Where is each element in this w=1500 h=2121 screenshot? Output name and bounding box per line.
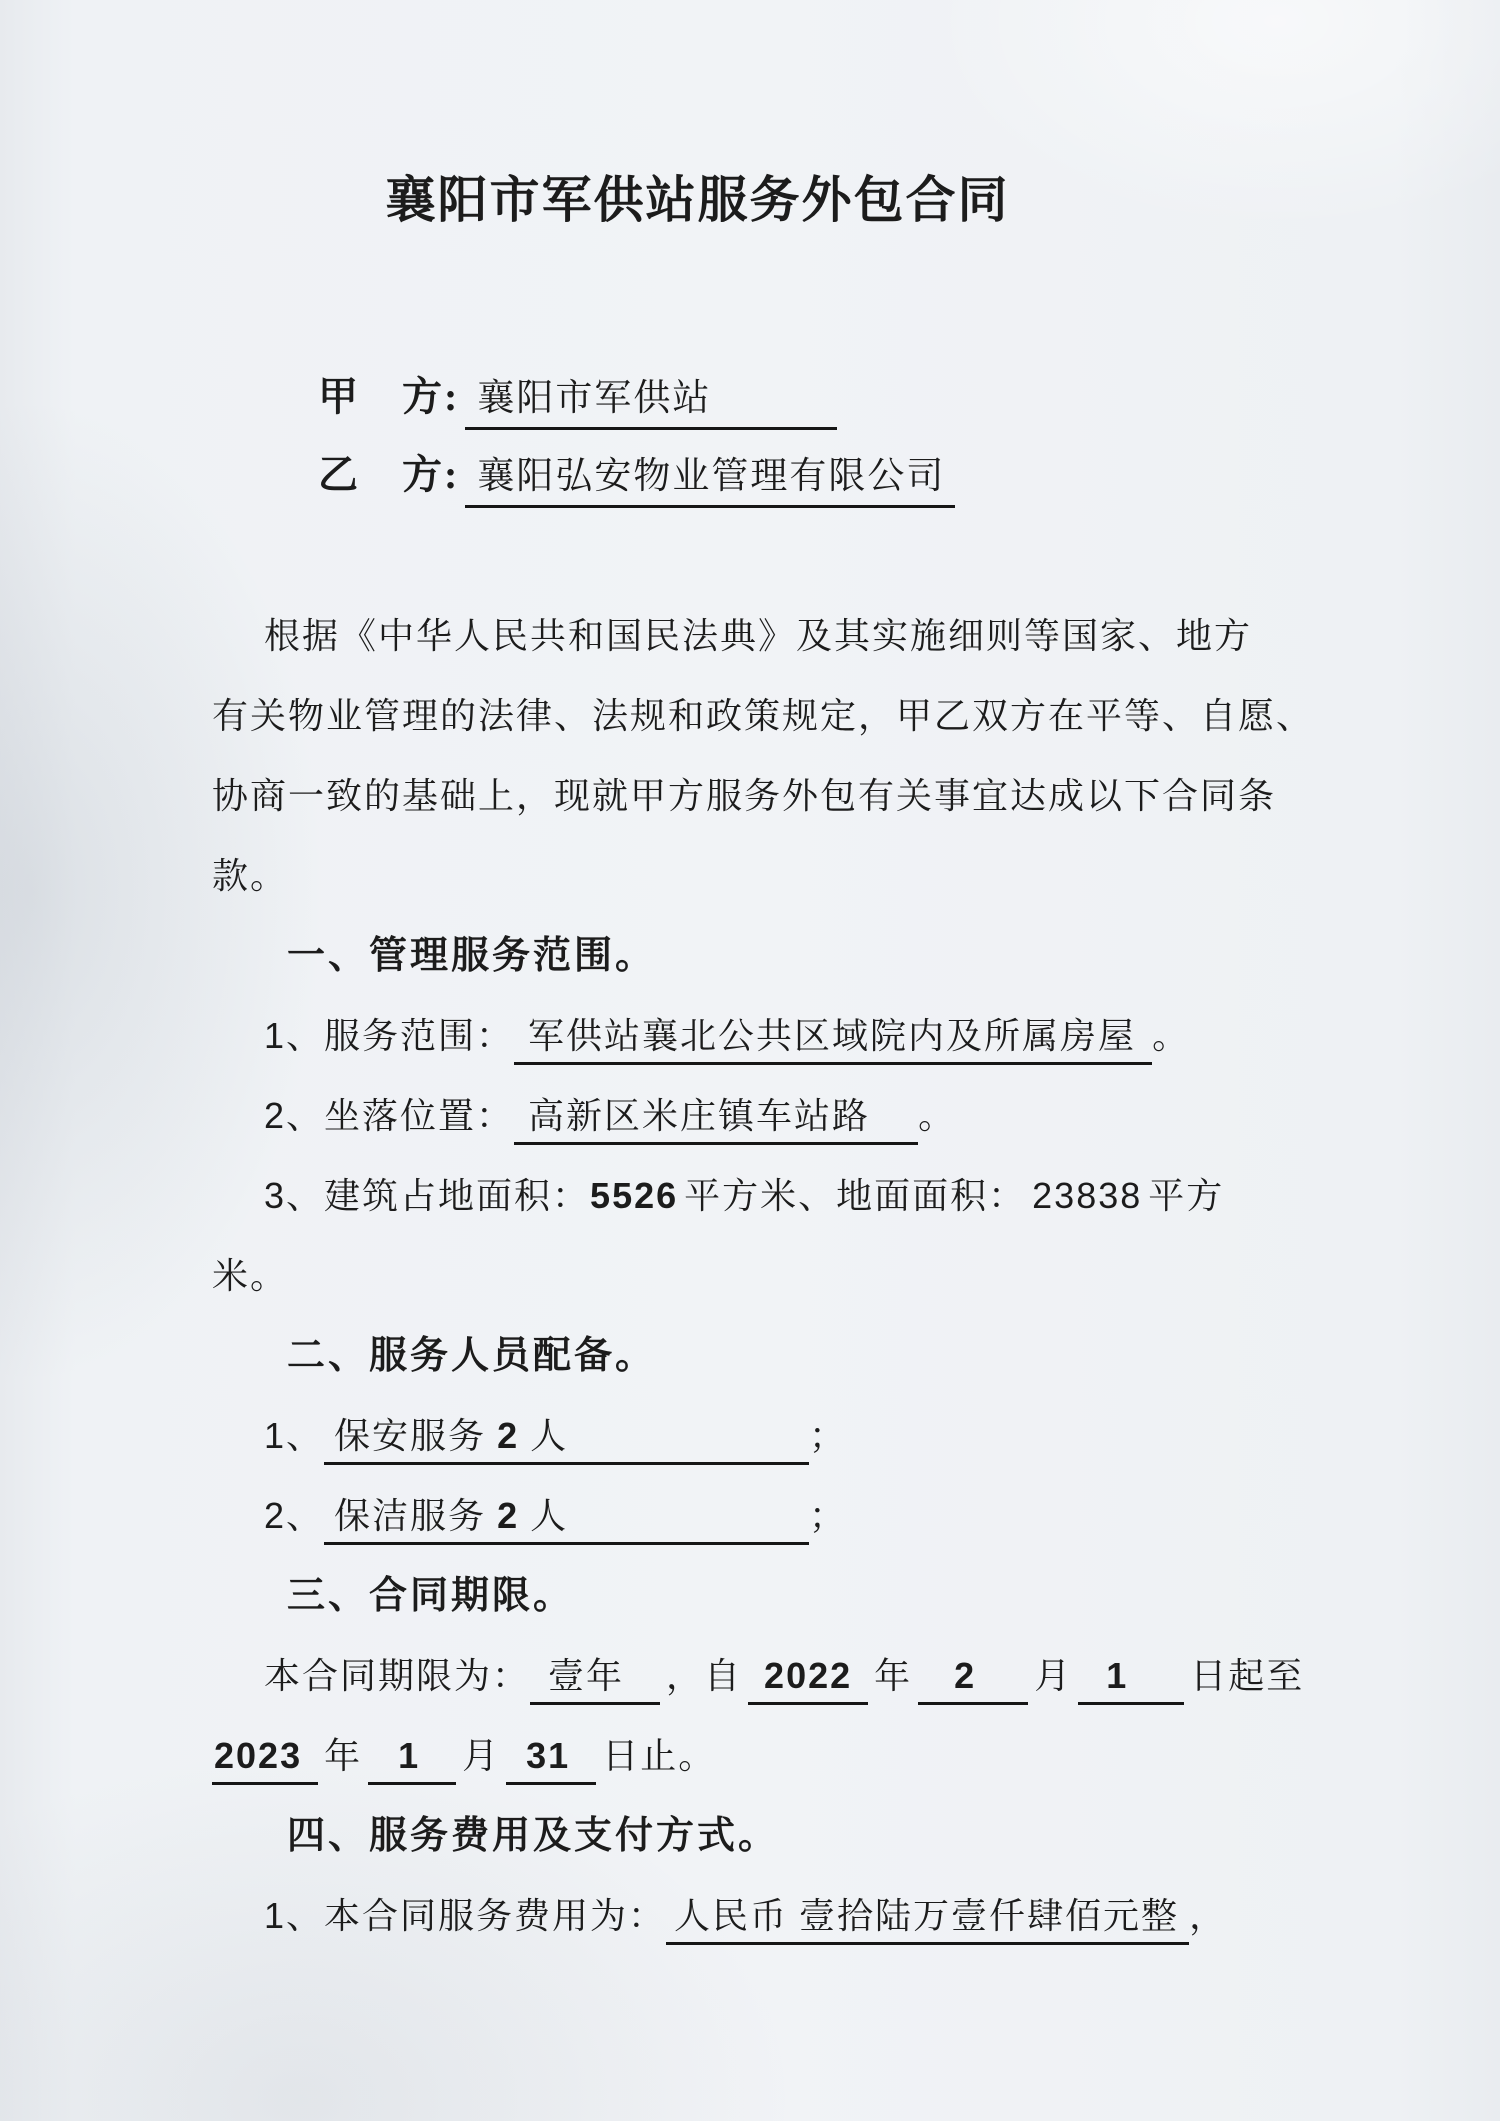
preamble-line-1: 根据《中华人民共和国民法典》及其实施细则等国家、地方: [212, 596, 1297, 676]
staff-item-2-semicolon: ；: [809, 1496, 847, 1536]
contract-document-page: { "title": "襄阳市军供站服务外包合同", "parties": { …: [0, 0, 1500, 2121]
staff-item-2-sep: 、: [286, 1496, 324, 1536]
fee-item-1-number: 1: [264, 1895, 286, 1936]
party-b-label: 乙 方:: [318, 452, 459, 497]
staff-item-1-unit: 人: [519, 1416, 568, 1456]
section-2-heading: 二、服务人员配备。: [212, 1316, 1297, 1396]
scope-item-3-wrap: 米。: [212, 1236, 1297, 1316]
scope-item-2-label: 、坐落位置：: [286, 1096, 514, 1136]
preamble-line-2: 有关物业管理的法律、法规和政策规定，甲乙双方在平等、自愿、: [212, 676, 1297, 756]
scope-item-3-mid: 平方米、地面面积：: [678, 1176, 1032, 1216]
party-a-label: 甲 方:: [318, 374, 459, 419]
party-a-line: 甲 方:襄阳市军供站: [212, 358, 1500, 436]
term-line-1: 本合同期限为：壹年，自2022年2月1日起至: [212, 1636, 1297, 1716]
staff-item-1-service: 保安服务: [334, 1416, 497, 1456]
scope-item-2-number: 2: [264, 1095, 286, 1136]
party-b-line: 乙 方:襄阳弘安物业管理有限公司: [212, 436, 1500, 514]
start-day-fill: 1: [1078, 1653, 1184, 1705]
party-a-value: 襄阳市军供站: [465, 375, 837, 430]
section-1-heading: 一、管理服务范围。: [212, 916, 1297, 996]
contract-title: 襄阳市军供站服务外包合同: [0, 0, 1500, 250]
staff-item-1-semicolon: ；: [809, 1416, 847, 1456]
staff-item-1: 1、保安服务 2 人；: [212, 1396, 1297, 1476]
preamble-line-4: 款。: [212, 836, 1297, 916]
start-year-fill: 2022: [748, 1653, 868, 1705]
scope-item-2: 2、坐落位置：高新区米庄镇车站路。: [212, 1076, 1297, 1156]
building-area-value: 5526: [590, 1175, 678, 1216]
staff-item-2-unit: 人: [519, 1496, 568, 1536]
fee-item-1-label: 、本合同服务费用为：: [286, 1896, 666, 1936]
scope-item-1-number: 1: [264, 1015, 286, 1056]
scanned-contract-page: 襄阳市军供站服务外包合同 甲 方:襄阳市军供站 乙 方:襄阳弘安物业管理有限公司…: [0, 0, 1500, 2121]
staff-item-1-fill: 保安服务 2 人: [324, 1413, 809, 1465]
term-after-duration: ，自: [660, 1656, 748, 1696]
scope-item-1-label: 、服务范围：: [286, 1016, 514, 1056]
fee-amount-fill: 人民币 壹拾陆万壹仟肆佰元整: [666, 1893, 1189, 1945]
guard-count-value: 2: [497, 1415, 519, 1456]
section-3-heading: 三、合同期限。: [212, 1556, 1297, 1636]
scope-item-3-tail: 平方: [1142, 1176, 1230, 1216]
fee-item-1: 1、本合同服务费用为：人民币 壹拾陆万壹仟肆佰元整，: [212, 1876, 1297, 1956]
term-from-tail: 日起至: [1184, 1656, 1310, 1696]
term-duration-fill: 壹年: [530, 1653, 660, 1705]
scope-item-1: 1、服务范围：军供站襄北公共区域院内及所属房屋。: [212, 996, 1297, 1076]
term-line-2: 2023年1月31日止。: [212, 1716, 1297, 1796]
start-year-unit: 年: [868, 1656, 918, 1696]
end-month-fill: 1: [368, 1733, 456, 1785]
scope-item-2-fill: 高新区米庄镇车站路: [514, 1093, 918, 1145]
start-month-unit: 月: [1028, 1656, 1078, 1696]
section-4-heading: 四、服务费用及支付方式。: [212, 1796, 1297, 1876]
cleaner-count-value: 2: [497, 1495, 519, 1536]
term-lead: 本合同期限为：: [264, 1656, 530, 1696]
staff-item-2-fill: 保洁服务 2 人: [324, 1493, 809, 1545]
staff-item-1-sep: 、: [286, 1416, 324, 1456]
staff-item-2: 2、保洁服务 2 人；: [212, 1476, 1297, 1556]
staff-item-2-number: 2: [264, 1495, 286, 1536]
parties-block: 甲 方:襄阳市军供站 乙 方:襄阳弘安物业管理有限公司: [212, 358, 1500, 514]
term-to-tail: 日止。: [596, 1736, 722, 1776]
end-year-unit: 年: [318, 1736, 368, 1776]
end-month-unit: 月: [456, 1736, 506, 1776]
scope-item-2-period: 。: [918, 1096, 956, 1136]
scope-item-1-period: 。: [1152, 1016, 1190, 1056]
scope-item-3-label: 、建筑占地面积：: [286, 1176, 590, 1216]
preamble-line-3: 协商一致的基础上，现就甲方服务外包有关事宜达成以下合同条: [212, 756, 1297, 836]
ground-area-value: 23838: [1032, 1175, 1142, 1216]
staff-item-2-service: 保洁服务: [334, 1496, 497, 1536]
scope-item-1-fill: 军供站襄北公共区域院内及所属房屋: [514, 1013, 1152, 1065]
fee-item-1-comma: ，: [1189, 1896, 1227, 1936]
scope-item-3-number: 3: [264, 1175, 286, 1216]
staff-item-1-number: 1: [264, 1415, 286, 1456]
end-year-fill: 2023: [212, 1733, 318, 1785]
scope-item-3: 3、建筑占地面积：5526平方米、地面面积：23838平方: [212, 1156, 1297, 1236]
start-month-fill: 2: [918, 1653, 1028, 1705]
end-day-fill: 31: [506, 1733, 596, 1785]
party-b-value: 襄阳弘安物业管理有限公司: [465, 453, 955, 508]
contract-body: 根据《中华人民共和国民法典》及其实施细则等国家、地方 有关物业管理的法律、法规和…: [212, 596, 1297, 1956]
